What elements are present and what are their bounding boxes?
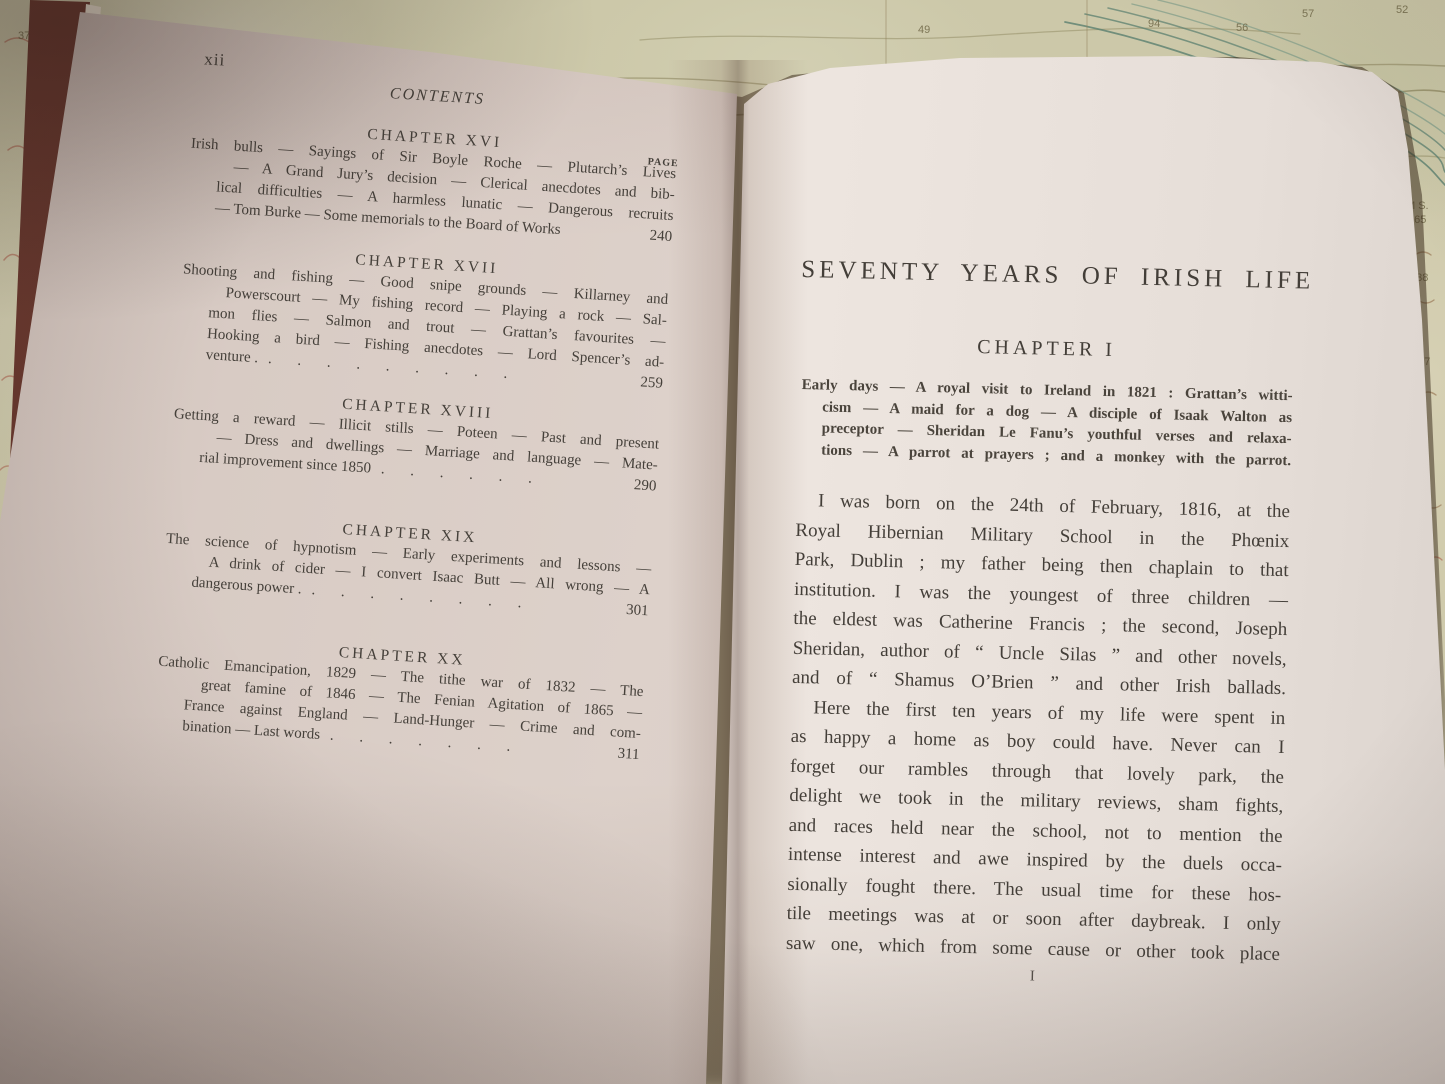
body-paragraph: I was born on the 24th of February, 1816…: [792, 486, 1291, 704]
map-label: 56: [1236, 22, 1248, 34]
contents-title: CONTENTS: [194, 71, 680, 122]
toc-page-number: 240: [645, 225, 673, 248]
map-label: 49: [918, 24, 930, 36]
map-label: 52: [1396, 4, 1408, 16]
toc-entry: CHAPTER XVIIShooting and fishing — Good …: [177, 239, 670, 394]
toc-entry: CHAPTER XVIIrish bulls — Sayings of Sir …: [186, 114, 678, 248]
map-label: 57: [1302, 8, 1314, 20]
toc: CHAPTER XVIIrish bulls — Sayings of Sir …: [154, 114, 678, 766]
page-column-label: PAGE: [647, 151, 679, 174]
map-label: 94: [1148, 18, 1160, 30]
toc-page-number: 259: [636, 372, 664, 395]
photo-of-open-book: 3754994565752M S.465638867 xii CONTENTS …: [0, 0, 1445, 1084]
toc-page-number: 311: [613, 743, 640, 766]
book-title: SEVENTY YEARS OF IRISH LIFE: [801, 256, 1296, 295]
toc-line-text: venture .: [205, 345, 259, 369]
contents-column: CONTENTS PAGE CHAPTER XVIIrish bulls — S…: [154, 35, 683, 766]
toc-entry: CHAPTER XVIIIGetting a reward — Illicit …: [171, 384, 661, 497]
toc-entry: CHAPTER XIXThe science of hypnotism — Ea…: [163, 509, 653, 622]
toc-leader: [560, 234, 645, 239]
right-page-content: SEVENTY YEARS OF IRISH LIFE CHAPTER I Ea…: [785, 240, 1296, 991]
toc-page-number: 290: [629, 475, 657, 498]
toc-entry: CHAPTER XXCatholic Emancipation, 1829 — …: [154, 632, 646, 766]
chapter-body: I was born on the 24th of February, 1816…: [786, 486, 1291, 969]
toc-page-number: 301: [621, 600, 649, 623]
chapter-summary: Early days — A royal visit to Ireland in…: [797, 375, 1293, 472]
body-paragraph: Here the first ten years of my life were…: [786, 692, 1286, 969]
chapter-title: CHAPTER I: [799, 332, 1293, 366]
